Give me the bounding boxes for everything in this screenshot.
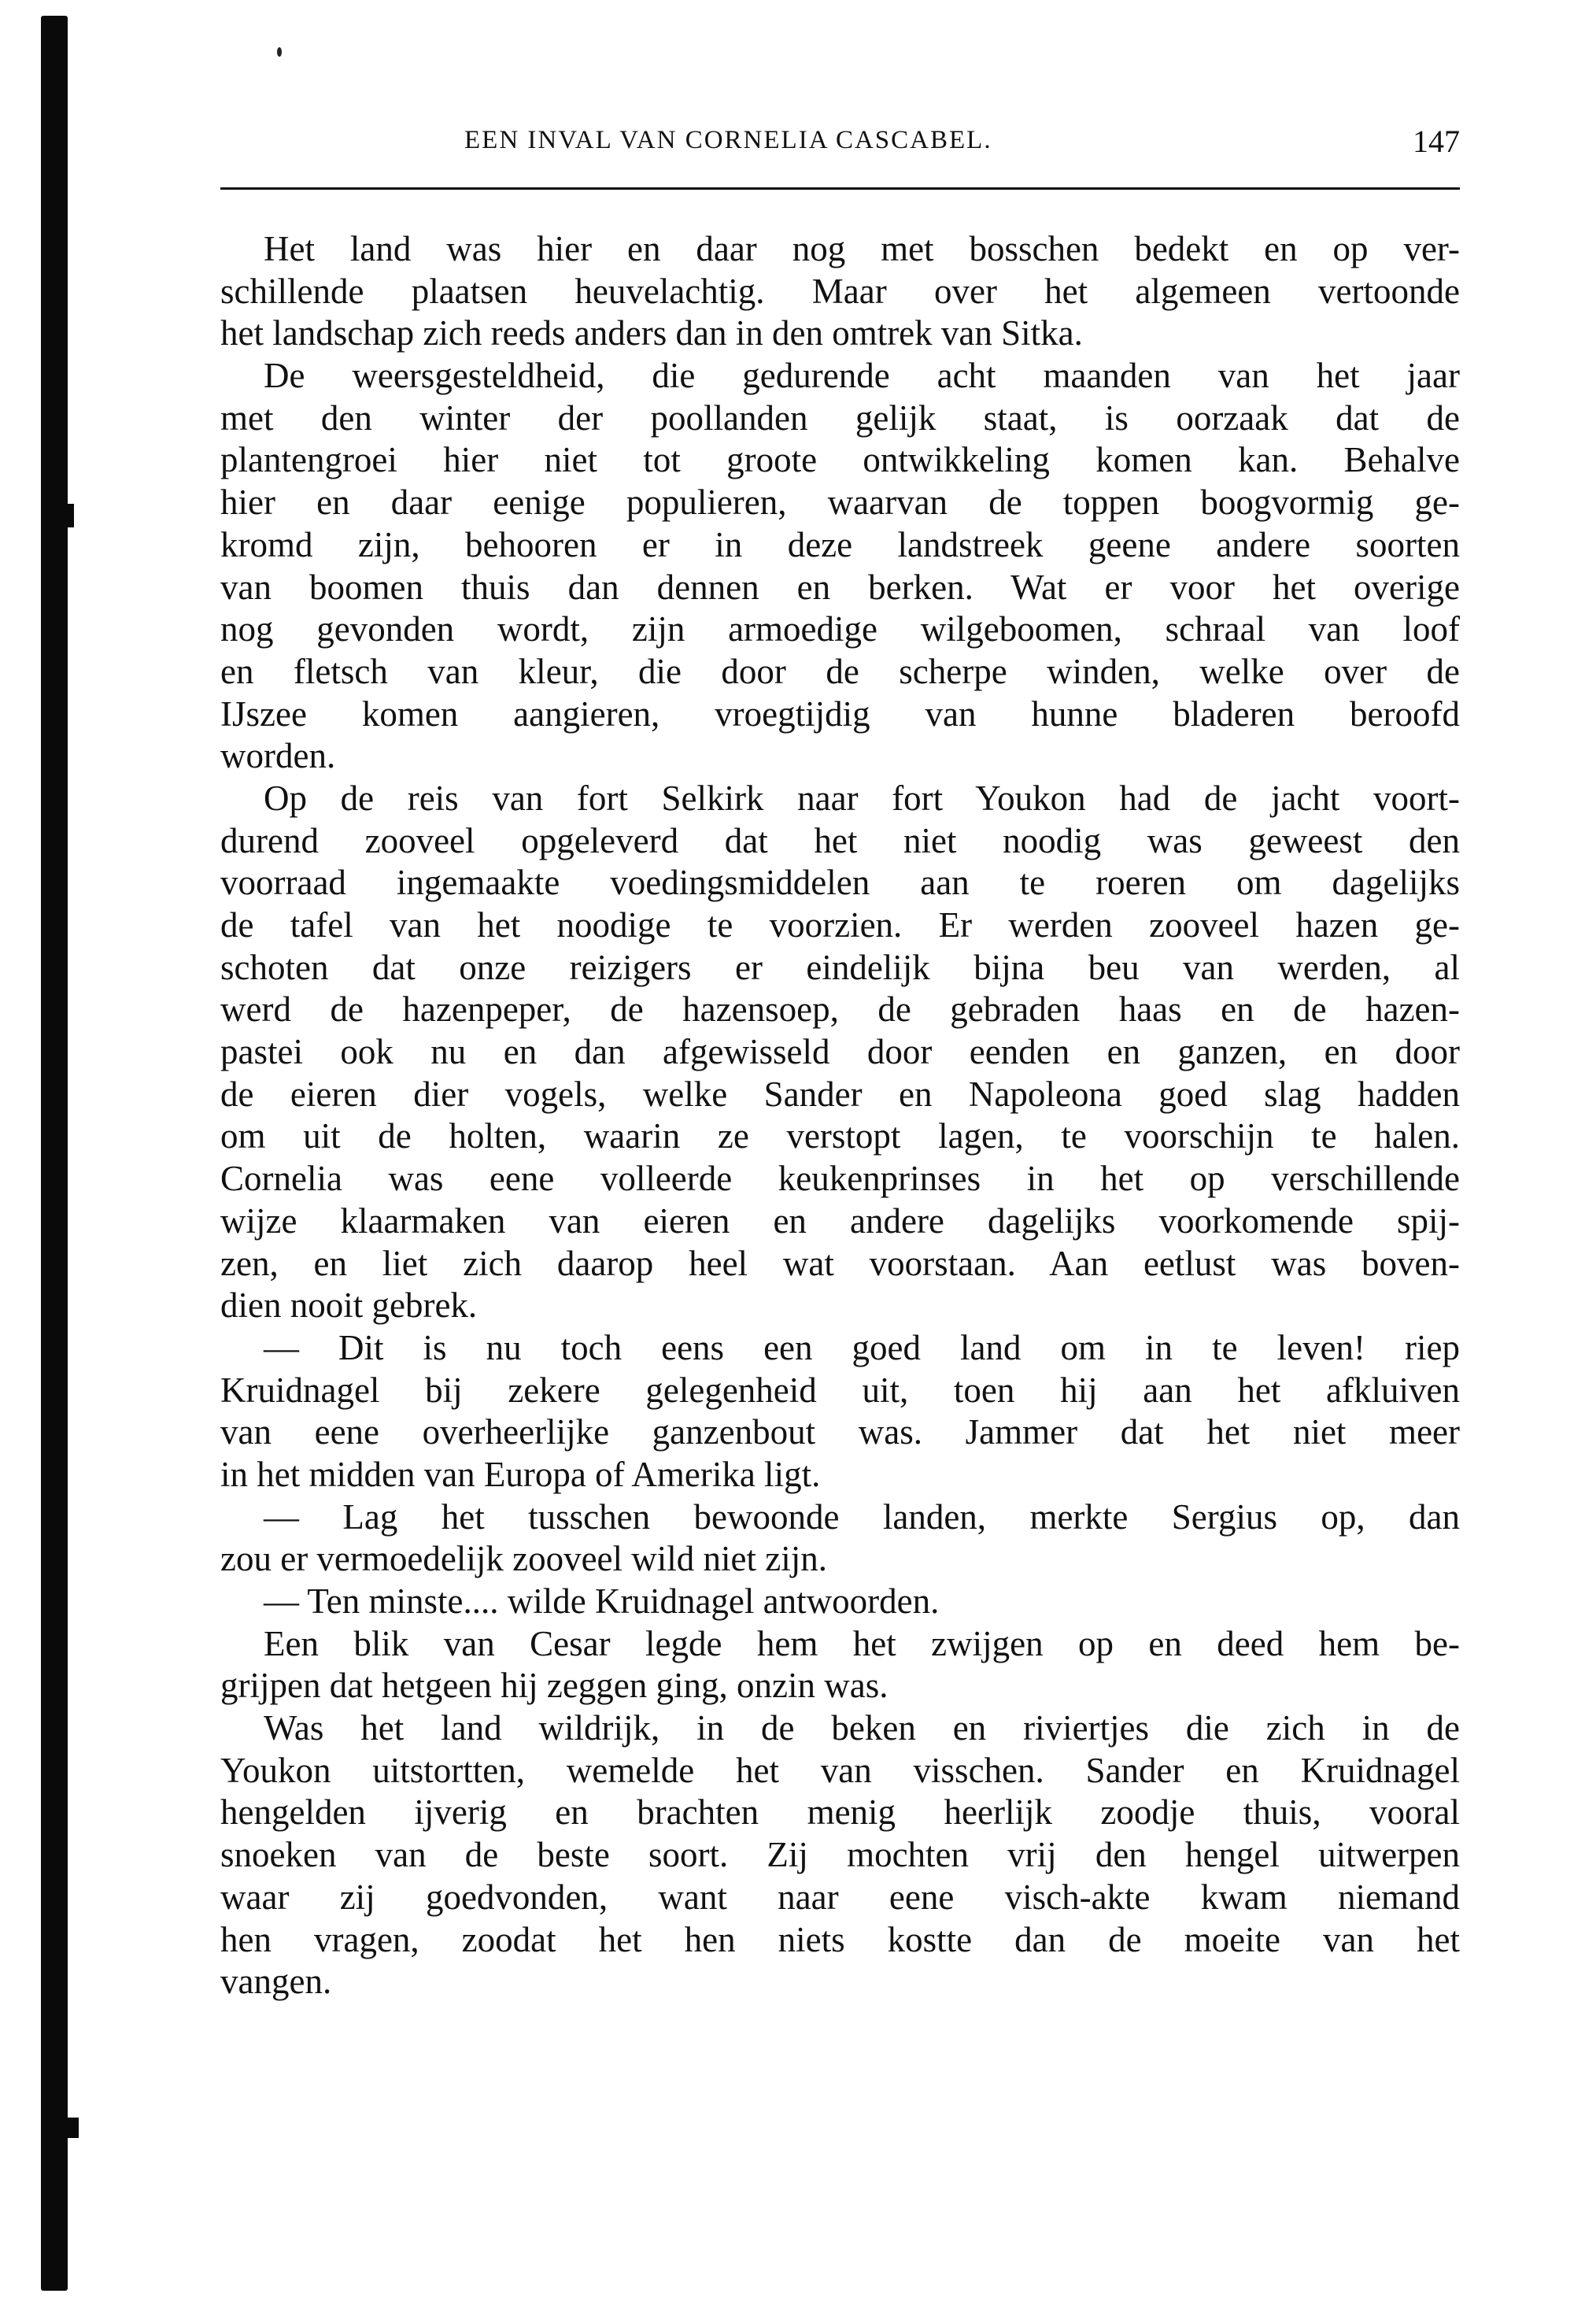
text-line: De weersgesteldheid, die gedurende acht …: [220, 355, 1460, 398]
text-line-content: — Ten minste.... wilde Kruidnagel antwoo…: [264, 1581, 1460, 1623]
text-line: snoeken van de beste soort. Zij mochten …: [220, 1834, 1460, 1877]
text-line-content: van boomen thuis dan dennen en berken. W…: [220, 567, 1460, 609]
text-line-content: dien nooit gebrek.: [220, 1285, 1460, 1327]
text-line: zou er vermoedelijk zooveel wild niet zi…: [220, 1538, 1460, 1581]
text-line-content: wijze klaarmaken van eieren en andere da…: [220, 1200, 1460, 1243]
text-line: — Dit is nu toch eens een goed land om i…: [220, 1327, 1460, 1370]
text-line: plantengroei hier niet tot groote ontwik…: [220, 439, 1460, 482]
text-line-content: zen, en liet zich daarop heel wat voorst…: [220, 1243, 1460, 1285]
text-line: werd de hazenpeper, de hazensoep, de geb…: [220, 989, 1460, 1031]
text-line-content: hier en daar eenige populieren, waarvan …: [220, 482, 1460, 524]
text-line: Youkon uitstortten, wemelde het van viss…: [220, 1750, 1460, 1792]
text-line-content: Kruidnagel bij zekere gelegenheid uit, t…: [220, 1370, 1460, 1412]
text-line: grijpen dat hetgeen hij zeggen ging, onz…: [220, 1665, 1460, 1707]
text-line-content: de eieren dier vogels, welke Sander en N…: [220, 1074, 1460, 1116]
text-line: vangen.: [220, 1961, 1460, 2003]
text-line-content: — Dit is nu toch eens een goed land om i…: [264, 1327, 1460, 1370]
text-line: Cornelia was eene volleerde keukenprinse…: [220, 1158, 1460, 1200]
page-number: 147: [1413, 123, 1460, 160]
running-head-title: EEN INVAL VAN CORNELIA CASCABEL.: [464, 126, 992, 155]
text-line: om uit de holten, waarin ze verstopt lag…: [220, 1115, 1460, 1158]
text-line-content: schillende plaatsen heuvelachtig. Maar o…: [220, 271, 1460, 313]
binding-tear-mark: [63, 504, 74, 527]
binding-tear-mark: [65, 2118, 79, 2138]
header-rule: [220, 187, 1460, 190]
text-line: Op de reis van fort Selkirk naar fort Yo…: [220, 778, 1460, 820]
text-line: van boomen thuis dan dennen en berken. W…: [220, 567, 1460, 609]
text-line: en fletsch van kleur, die door de scherp…: [220, 651, 1460, 694]
text-line-content: plantengroei hier niet tot groote ontwik…: [220, 439, 1460, 482]
text-line-content: De weersgesteldheid, die gedurende acht …: [264, 355, 1460, 398]
text-line: schillende plaatsen heuvelachtig. Maar o…: [220, 271, 1460, 313]
text-line: Kruidnagel bij zekere gelegenheid uit, t…: [220, 1370, 1460, 1412]
text-line: de eieren dier vogels, welke Sander en N…: [220, 1074, 1460, 1116]
text-line-content: zou er vermoedelijk zooveel wild niet zi…: [220, 1538, 1460, 1581]
text-line: van eene overheerlijke ganzenbout was. J…: [220, 1411, 1460, 1454]
text-line: hengelden ijverig en brachten menig heer…: [220, 1792, 1460, 1834]
running-head: EEN INVAL VAN CORNELIA CASCABEL. 147: [220, 126, 1460, 161]
text-line-content: grijpen dat hetgeen hij zeggen ging, onz…: [220, 1665, 1460, 1707]
text-line-content: de tafel van het noodige te voorzien. Er…: [220, 904, 1460, 947]
text-line: in het midden van Europa of Amerika ligt…: [220, 1454, 1460, 1496]
text-line-content: worden.: [220, 735, 1460, 778]
text-line: het landschap zich reeds anders dan in d…: [220, 313, 1460, 355]
text-line: met den winter der poollanden gelijk sta…: [220, 398, 1460, 440]
text-line-content: werd de hazenpeper, de hazensoep, de geb…: [220, 989, 1460, 1031]
text-line-content: Op de reis van fort Selkirk naar fort Yo…: [264, 778, 1460, 820]
text-line: IJszee komen aangieren, vroegtijdig van …: [220, 694, 1460, 736]
text-line-content: — Lag het tusschen bewoonde landen, merk…: [264, 1496, 1460, 1539]
text-line-content: vangen.: [220, 1961, 1460, 2003]
text-line-content: voorraad ingemaakte voedingsmiddelen aan…: [220, 862, 1460, 904]
text-line-content: hen vragen, zoodat het hen niets kostte …: [220, 1919, 1460, 1962]
text-line-content: Een blik van Cesar legde hem het zwijgen…: [264, 1623, 1460, 1666]
text-line: nog gevonden wordt, zijn armoedige wilge…: [220, 608, 1460, 651]
text-line-content: van eene overheerlijke ganzenbout was. J…: [220, 1411, 1460, 1454]
text-line: hier en daar eenige populieren, waarvan …: [220, 482, 1460, 524]
text-line-content: snoeken van de beste soort. Zij mochten …: [220, 1834, 1460, 1877]
text-line: — Ten minste.... wilde Kruidnagel antwoo…: [220, 1581, 1460, 1623]
text-line-content: hengelden ijverig en brachten menig heer…: [220, 1792, 1460, 1834]
text-line: wijze klaarmaken van eieren en andere da…: [220, 1200, 1460, 1243]
body-text: Het land was hier en daar nog met bossch…: [220, 228, 1460, 2003]
text-line-content: om uit de holten, waarin ze verstopt lag…: [220, 1115, 1460, 1158]
text-line: Het land was hier en daar nog met bossch…: [220, 228, 1460, 271]
text-line-content: nog gevonden wordt, zijn armoedige wilge…: [220, 608, 1460, 651]
text-line-content: en fletsch van kleur, die door de scherp…: [220, 651, 1460, 694]
text-line-content: waar zij goedvonden, want naar eene visc…: [220, 1877, 1460, 1919]
text-line: durend zooveel opgeleverd dat het niet n…: [220, 820, 1460, 863]
text-line-content: met den winter der poollanden gelijk sta…: [220, 398, 1460, 440]
text-line: dien nooit gebrek.: [220, 1285, 1460, 1327]
text-line-content: Het land was hier en daar nog met bossch…: [264, 228, 1460, 271]
ink-speck: [277, 47, 282, 57]
text-line: pastei ook nu en dan afgewisseld door ee…: [220, 1031, 1460, 1074]
text-line-content: Youkon uitstortten, wemelde het van viss…: [220, 1750, 1460, 1792]
text-line: de tafel van het noodige te voorzien. Er…: [220, 904, 1460, 947]
text-line-content: Cornelia was eene volleerde keukenprinse…: [220, 1158, 1460, 1200]
text-line-content: durend zooveel opgeleverd dat het niet n…: [220, 820, 1460, 863]
text-line: worden.: [220, 735, 1460, 778]
book-binding-edge: [41, 16, 68, 2291]
text-line: kromd zijn, behooren er in deze landstre…: [220, 524, 1460, 567]
text-line: hen vragen, zoodat het hen niets kostte …: [220, 1919, 1460, 1962]
text-line-content: pastei ook nu en dan afgewisseld door ee…: [220, 1031, 1460, 1074]
text-line: voorraad ingemaakte voedingsmiddelen aan…: [220, 862, 1460, 904]
text-line: zen, en liet zich daarop heel wat voorst…: [220, 1243, 1460, 1285]
text-line: — Lag het tusschen bewoonde landen, merk…: [220, 1496, 1460, 1539]
text-line-content: IJszee komen aangieren, vroegtijdig van …: [220, 694, 1460, 736]
text-line: waar zij goedvonden, want naar eene visc…: [220, 1877, 1460, 1919]
text-line: Een blik van Cesar legde hem het zwijgen…: [220, 1623, 1460, 1666]
text-line-content: kromd zijn, behooren er in deze landstre…: [220, 524, 1460, 567]
text-line-content: het landschap zich reeds anders dan in d…: [220, 313, 1460, 355]
text-line-content: schoten dat onze reizigers er eindelijk …: [220, 947, 1460, 989]
text-line: Was het land wildrijk, in de beken en ri…: [220, 1707, 1460, 1750]
text-line-content: Was het land wildrijk, in de beken en ri…: [264, 1707, 1460, 1750]
text-line-content: in het midden van Europa of Amerika ligt…: [220, 1454, 1460, 1496]
text-line: schoten dat onze reizigers er eindelijk …: [220, 947, 1460, 989]
